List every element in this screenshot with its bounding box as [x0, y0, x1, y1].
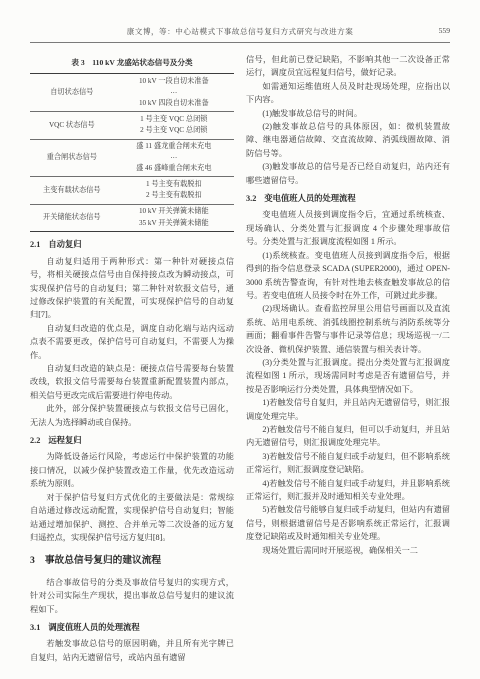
paragraph: 变电值班人员接到调度指令后，宜通过系统核查、现场确认、分类处置与汇报调度 4 个… [246, 208, 450, 248]
signal-item: 10 kV 一段自切未准备 [116, 76, 232, 88]
paper-page: 康文博，等：中心站模式下事故总信号复归方式研究与改进方案 559 表 3 110… [0, 0, 480, 679]
table-3-title: 表 3 110 kV 龙盛站状态信号及分类 [30, 56, 234, 69]
page-number: 559 [439, 26, 450, 35]
section-title: 事故总信号复归的建议流程 [45, 555, 161, 566]
signal-item: 2 号主变 VQC 总闭锁 [116, 125, 232, 137]
table-cell-category: VQC 状态信号 [30, 112, 114, 140]
table-row: 开关储能状态信号 10 kV 开关弹簧未储能 35 kV 开关弹簧未储能 [30, 204, 234, 232]
paragraph: 自动复归改造的缺点是：硬接点信号需要每台装置改线，软报文信号需要每台装置重新配置… [30, 362, 234, 402]
paragraph: (1)系统核查。变电值班人员接到调度指令后，根据得到的指令信息登录 SCADA … [246, 249, 450, 303]
table-cell-category: 重合闸状态信号 [30, 139, 114, 177]
list-item-paragraph: 4)若触发信号不能自复归或手动复归，并且影响系统正常运行，则汇报并及时通知相关专… [246, 477, 450, 504]
paragraph: 对于保护信号复归方式优化的主要做法是：常规综自站通过修改远动配置，实现保护信号自… [30, 491, 234, 545]
section-number: 3 [30, 555, 35, 566]
paragraph: 结合事故信号的分类及事故信号复归的实现方式，针对公司实际生产现状，提出事故总信号… [30, 576, 234, 616]
table-cell-category: 开关储能状态信号 [30, 204, 114, 232]
section-number: 2.1 [30, 240, 40, 249]
section-title: 变电值班人员的处理流程 [264, 194, 355, 203]
section-heading-2-1: 2.1自动复归 [30, 238, 234, 251]
paragraph: 自动复归改造的优点是，调度自动化端与站内远动点表不需要更改，保护信号可自动复归，… [30, 322, 234, 362]
table-cell-signals: 盛 11 盛龙重合闸未充电 ⋯ 盛 46 盛峰重合闸未充电 [114, 139, 234, 177]
paragraph: 自动复归适用于两种形式：第一种针对硬接点信号，将相关硬接点信号由自保持接点改为瞬… [30, 255, 234, 322]
section-number: 3.2 [246, 194, 256, 203]
two-column-body: 表 3 110 kV 龙盛站状态信号及分类 自切状态信号 10 kV 一段自切未… [30, 53, 450, 664]
list-item-paragraph: 2)若触发信号不能自复归，但可以手动复归，并且站内无遗留信号，则汇报调度处理完毕… [246, 423, 450, 450]
table-cell-signals: 1 号主变 VQC 总闭锁 2 号主变 VQC 总闭锁 [114, 112, 234, 140]
table-cell-category: 自切状态信号 [30, 74, 114, 112]
paragraph: (2)触发事故总信号的具体原因，如：微机装置故障、继电器通信故障、交直流故障、消… [246, 120, 450, 160]
paragraph: 如需通知运维值班人员及时赴现场处理，应指出以下内容。 [246, 80, 450, 107]
section-number: 3.1 [30, 623, 40, 632]
section-heading-3: 3事故总信号复归的建议流程 [30, 554, 234, 567]
section-heading-3-1: 3.1调度值班人员的处理流程 [30, 621, 234, 634]
ellipsis-row: ⋯ [116, 88, 232, 98]
signal-item: 盛 11 盛龙重合闸未充电 [116, 141, 232, 153]
signal-item: 10 kV 四段自切未准备 [116, 98, 232, 110]
list-item-paragraph: 3)若触发信号不能自复归或手动复归，但不影响系统正常运行，则汇报调度登记缺陷。 [246, 450, 450, 477]
right-column: 信号，但此前已登记缺陷，不影响其他一二次设备正常运行，调度员宜远程复归信号，做好… [246, 53, 450, 664]
running-title: 康文博，等：中心站模式下事故总信号复归方式研究与改进方案 [127, 27, 354, 36]
table-cell-category: 主变有载状态信号 [30, 177, 114, 205]
table-row: VQC 状态信号 1 号主变 VQC 总闭锁 2 号主变 VQC 总闭锁 [30, 112, 234, 140]
paragraph: 现场处置后需同时开展巡视，确保相关一二 [246, 544, 450, 557]
section-heading-2-2: 2.2远程复归 [30, 434, 234, 447]
ellipsis-row: ⋯ [116, 153, 232, 163]
table-row: 重合闸状态信号 盛 11 盛龙重合闸未充电 ⋯ 盛 46 盛峰重合闸未充电 [30, 139, 234, 177]
table-row: 自切状态信号 10 kV 一段自切未准备 ⋯ 10 kV 四段自切未准备 [30, 74, 234, 112]
signal-item: 1 号主变有载脱扣 [116, 179, 232, 191]
paragraph: 此外，部分保护装置硬接点与软报文信号已固化，无法人为选择瞬动或自保持。 [30, 402, 234, 429]
section-number: 2.2 [30, 436, 40, 445]
list-item-paragraph: 5)若触发信号能够自复归或手动复归，但站内有遗留信号，则根据遗留信号是否影响系统… [246, 503, 450, 543]
paragraph-continuation: 信号，但此前已登记缺陷，不影响其他一二次设备正常运行，调度员宜远程复归信号，做好… [246, 53, 450, 80]
paragraph: (3)分类处置与汇报调度。提出分类处置与汇报调度流程如图 1 所示，现场需同时考… [246, 356, 450, 396]
paragraph: (1)触发事故总信号的时间。 [246, 107, 450, 120]
table-3: 自切状态信号 10 kV 一段自切未准备 ⋯ 10 kV 四段自切未准备 VQC… [30, 73, 234, 232]
section-title: 自动复归 [48, 240, 81, 249]
signal-item: 1 号主变 VQC 总闭锁 [116, 114, 232, 126]
section-title: 调度值班人员的处理流程 [48, 623, 139, 632]
table-row: 主变有载状态信号 1 号主变有载脱扣 2 号主变有载脱扣 [30, 177, 234, 205]
table-cell-signals: 10 kV 开关弹簧未储能 35 kV 开关弹簧未储能 [114, 204, 234, 232]
paragraph: 为降低设备运行风险，考虑运行中保护装置的功能接口情况，以减少保护装置改造工作量，… [30, 450, 234, 490]
paragraph: 若触发事故总信号的原因明确，并且所有光字牌已自复归，站内无遗留信号，或站内虽有遗… [30, 637, 234, 664]
paragraph: (3)触发事故总的信号是否已经自动复归，站内还有哪些遗留信号。 [246, 160, 450, 187]
signal-item: 2 号主变有载脱扣 [116, 190, 232, 202]
signal-item: 10 kV 开关弹簧未储能 [116, 206, 232, 218]
section-heading-3-2: 3.2变电值班人员的处理流程 [246, 192, 450, 205]
signal-item: 35 kV 开关弹簧未储能 [116, 218, 232, 230]
signal-item: 盛 46 盛峰重合闸未充电 [116, 163, 232, 175]
section-title: 远程复归 [48, 436, 81, 445]
left-column: 表 3 110 kV 龙盛站状态信号及分类 自切状态信号 10 kV 一段自切未… [30, 53, 234, 664]
running-header: 康文博，等：中心站模式下事故总信号复归方式研究与改进方案 559 [30, 26, 450, 43]
table-cell-signals: 10 kV 一段自切未准备 ⋯ 10 kV 四段自切未准备 [114, 74, 234, 112]
paragraph: (2)现场确认。查看监控屏里公用信号画面以及直流系统、站用电系统、消弧线圈控制系… [246, 302, 450, 356]
list-item-paragraph: 1)若触发信号自复归，并且站内无遗留信号，则汇报调度处理完毕。 [246, 396, 450, 423]
table-cell-signals: 1 号主变有载脱扣 2 号主变有载脱扣 [114, 177, 234, 205]
